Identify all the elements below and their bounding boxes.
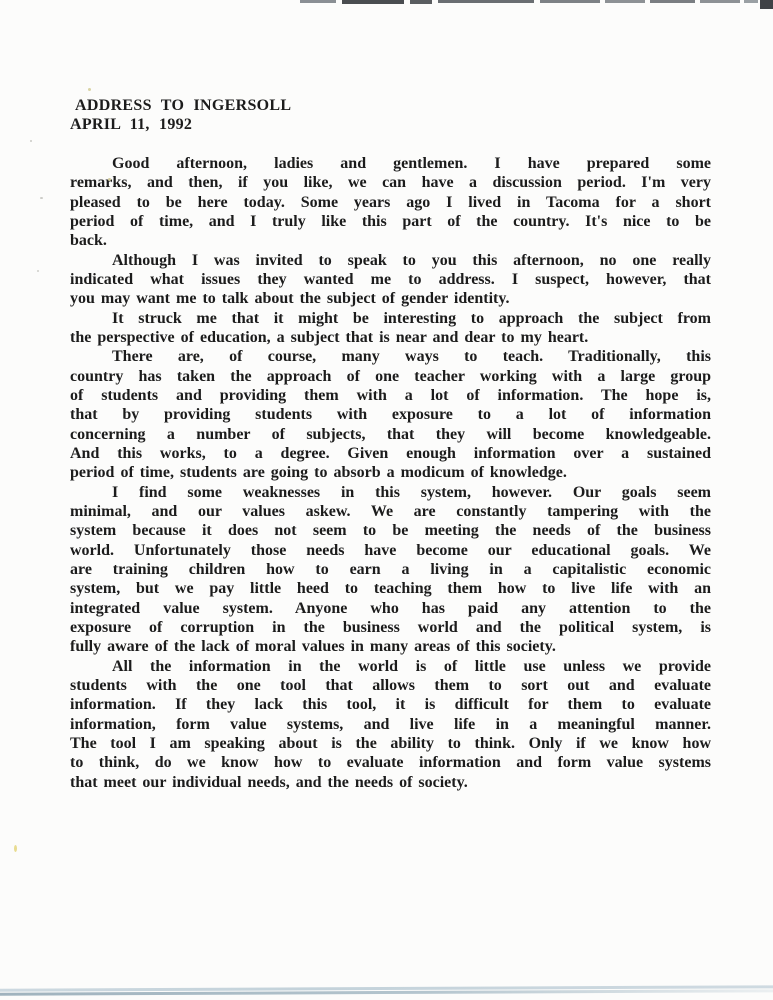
text-line: students with the one tool that allows t… xyxy=(70,676,711,695)
text-line: concerning a number of subjects, that th… xyxy=(70,425,711,444)
text-line: remarks, and then, if you like, we can h… xyxy=(70,173,711,192)
scan-artifact-top-edge xyxy=(0,0,773,10)
text-line: that by providing students with exposure… xyxy=(70,405,711,424)
text-line: period of time, and I truly like this pa… xyxy=(70,212,711,231)
document-title: ADDRESS TO INGERSOLL APRIL 11, 1992 xyxy=(70,96,711,135)
text-line: information, form value systems, and liv… xyxy=(70,715,711,734)
text-line: are training children how to earn a livi… xyxy=(70,560,711,579)
text-line: period of time, students are going to ab… xyxy=(70,463,711,482)
text-line: fully aware of the lack of moral values … xyxy=(70,637,711,656)
paragraph-2: Although I was invited to speak to you t… xyxy=(70,251,711,309)
text-line: I find some weaknesses in this system, h… xyxy=(70,483,711,502)
text-line: back. xyxy=(70,231,711,250)
paper-speck xyxy=(14,845,17,852)
text-line: minimal, and our values askew. We are co… xyxy=(70,502,711,521)
text-line: world. Unfortunately those needs have be… xyxy=(70,541,711,560)
document-body: ADDRESS TO INGERSOLL APRIL 11, 1992 Good… xyxy=(70,96,711,792)
paper-speck xyxy=(88,88,91,91)
text-line: And this works, to a degree. Given enoug… xyxy=(70,444,711,463)
paper-speck xyxy=(108,178,111,181)
paragraph-4: There are, of course, many ways to teach… xyxy=(70,347,711,482)
text-line: system, but we pay little heed to teachi… xyxy=(70,579,711,598)
document-paragraphs: Good afternoon, ladies and gentlemen. I … xyxy=(70,154,711,792)
text-line: country has taken the approach of one te… xyxy=(70,367,711,386)
paragraph-3: It struck me that it might be interestin… xyxy=(70,309,711,348)
text-line: of students and providing them with a lo… xyxy=(70,386,711,405)
text-line: There are, of course, many ways to teach… xyxy=(70,347,711,366)
paper-speck xyxy=(40,197,43,199)
text-line: integrated value system. Anyone who has … xyxy=(70,599,711,618)
text-line: that meet our individual needs, and the … xyxy=(70,773,711,792)
title-line-1: ADDRESS TO INGERSOLL xyxy=(70,96,711,115)
paragraph-1: Good afternoon, ladies and gentlemen. I … xyxy=(70,154,711,251)
text-line: information. If they lack this tool, it … xyxy=(70,695,711,714)
text-line: Good afternoon, ladies and gentlemen. I … xyxy=(70,154,711,173)
text-line: the perspective of education, a subject … xyxy=(70,328,711,347)
text-line: you may want me to talk about the subjec… xyxy=(70,289,711,308)
title-line-2: APRIL 11, 1992 xyxy=(70,115,711,134)
text-line: The tool I am speaking about is the abil… xyxy=(70,734,711,753)
text-line: system because it does not seem to be me… xyxy=(70,521,711,540)
text-line: indicated what issues they wanted me to … xyxy=(70,270,711,289)
text-line: to think, do we know how to evaluate inf… xyxy=(70,753,711,772)
paragraph-5: I find some weaknesses in this system, h… xyxy=(70,483,711,657)
text-line: Although I was invited to speak to you t… xyxy=(70,251,711,270)
text-line: All the information in the world is of l… xyxy=(70,657,711,676)
text-line: exposure of corruption in the business w… xyxy=(70,618,711,637)
paper-speck xyxy=(37,270,39,272)
text-line: pleased to be here today. Some years ago… xyxy=(70,193,711,212)
paragraph-6: All the information in the world is of l… xyxy=(70,657,711,792)
paper-speck xyxy=(30,140,32,142)
text-line: It struck me that it might be interestin… xyxy=(70,309,711,328)
